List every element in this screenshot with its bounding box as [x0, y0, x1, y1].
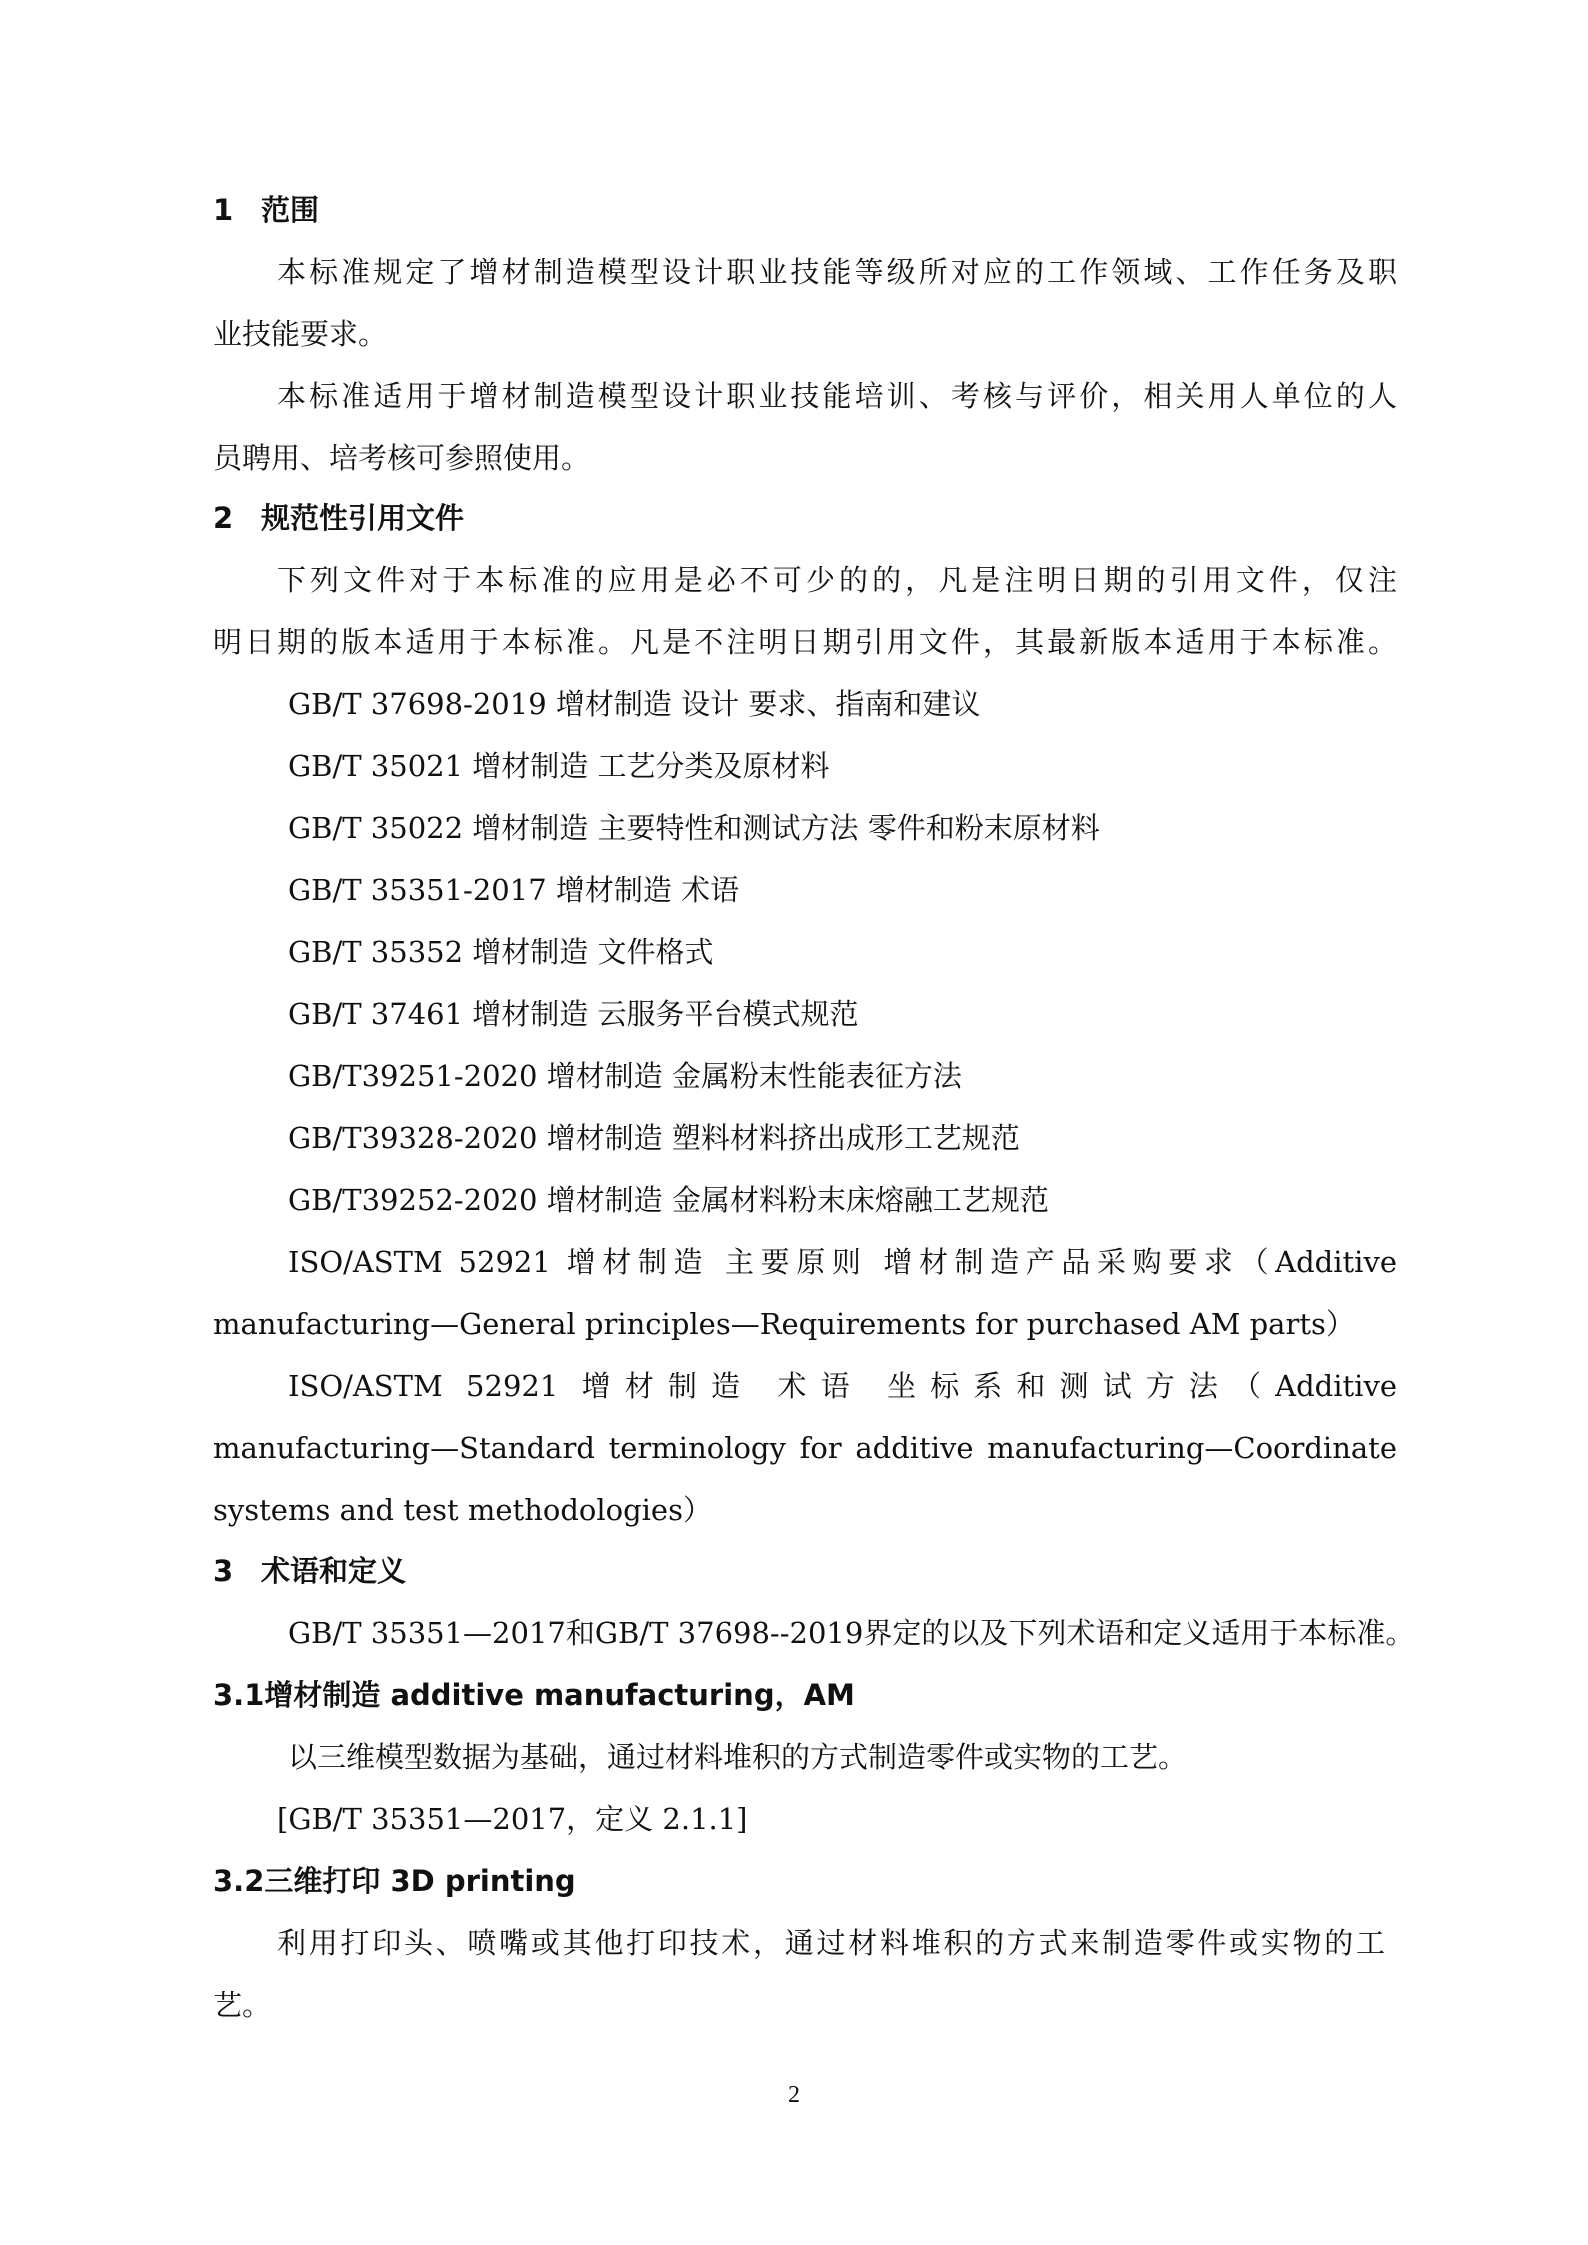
section-title: 术语和定义: [261, 1554, 406, 1588]
page-number: 2: [0, 2082, 1588, 2109]
paragraph-line: 下列文件对于本标准的应用是必不可少的的，凡是注明日期的引用文件，仅注: [277, 560, 1397, 600]
section-title: 范围: [261, 193, 319, 227]
term-3-1-heading: 3.1增材制造 additive manufacturing，AM: [213, 1675, 855, 1715]
section-title: 规范性引用文件: [261, 501, 464, 535]
reference-item: GB/T 35022 增材制造 主要特性和测试方法 零件和粉末原材料: [288, 808, 1100, 848]
reference-item-iso-2: ISO/ASTM 52921 增材制造 术语 坐标系和测试方法（Additive: [288, 1366, 1397, 1406]
section-number: 1: [213, 190, 261, 230]
paragraph-line: 明日期的版本适用于本标准。凡是不注明日期引用文件，其最新版本适用于本标准。: [213, 622, 1397, 662]
term-3-2-definition-cont: 艺。: [213, 1985, 271, 2025]
reference-item-iso-1: ISO/ASTM 52921 增材制造 主要原则 增材制造产品采购要求（Addi…: [288, 1242, 1397, 1282]
term-3-2-definition: 利用打印头、喷嘴或其他打印技术，通过材料堆积的方式来制造零件或实物的工: [277, 1923, 1385, 1963]
reference-item: GB/T 35352 增材制造 文件格式: [288, 932, 714, 972]
paragraph-line: 员聘用、培考核可参照使用。: [213, 438, 590, 478]
paragraph-line: 本标准规定了增材制造模型设计职业技能等级所对应的工作领域、工作任务及职: [277, 252, 1397, 292]
paragraph-line: 本标准适用于增材制造模型设计职业技能培训、考核与评价，相关用人单位的人: [277, 376, 1397, 416]
document-page: 1范围 本标准规定了增材制造模型设计职业技能等级所对应的工作领域、工作任务及职 …: [0, 0, 1588, 2245]
reference-item: GB/T39251-2020 增材制造 金属粉末性能表征方法: [288, 1056, 962, 1096]
reference-item: GB/T 35351-2017 增材制造 术语: [288, 870, 739, 910]
section-1-heading: 1范围: [213, 190, 319, 230]
reference-item-iso-1-cont: manufacturing—General principles—Require…: [213, 1304, 1355, 1344]
reference-item: GB/T 37698-2019 增材制造 设计 要求、指南和建议: [288, 684, 980, 724]
reference-item: GB/T 37461 增材制造 云服务平台模式规范: [288, 994, 859, 1034]
reference-item: GB/T39252-2020 增材制造 金属材料粉末床熔融工艺规范: [288, 1180, 1049, 1220]
term-3-2-heading: 3.2三维打印 3D printing: [213, 1861, 576, 1901]
paragraph-line: GB/T 35351—2017和GB/T 37698--2019界定的以及下列术…: [288, 1613, 1414, 1653]
paragraph-line: 业技能要求。: [213, 314, 387, 354]
section-3-heading: 3术语和定义: [213, 1551, 406, 1591]
term-3-1-source: [GB/T 35351—2017，定义 2.1.1]: [277, 1799, 748, 1839]
section-number: 3: [213, 1551, 261, 1591]
reference-item: GB/T39328-2020 增材制造 塑料材料挤出成形工艺规范: [288, 1118, 1020, 1158]
reference-item-iso-2-cont: systems and test methodologies）: [213, 1490, 712, 1530]
term-3-1-definition: 以三维模型数据为基础，通过材料堆积的方式制造零件或实物的工艺。: [288, 1737, 1187, 1777]
reference-item: GB/T 35021 增材制造 工艺分类及原材料: [288, 746, 830, 786]
section-number: 2: [213, 498, 261, 538]
section-2-heading: 2规范性引用文件: [213, 498, 464, 538]
reference-item-iso-2-cont: manufacturing—Standard terminology for a…: [213, 1428, 1397, 1468]
